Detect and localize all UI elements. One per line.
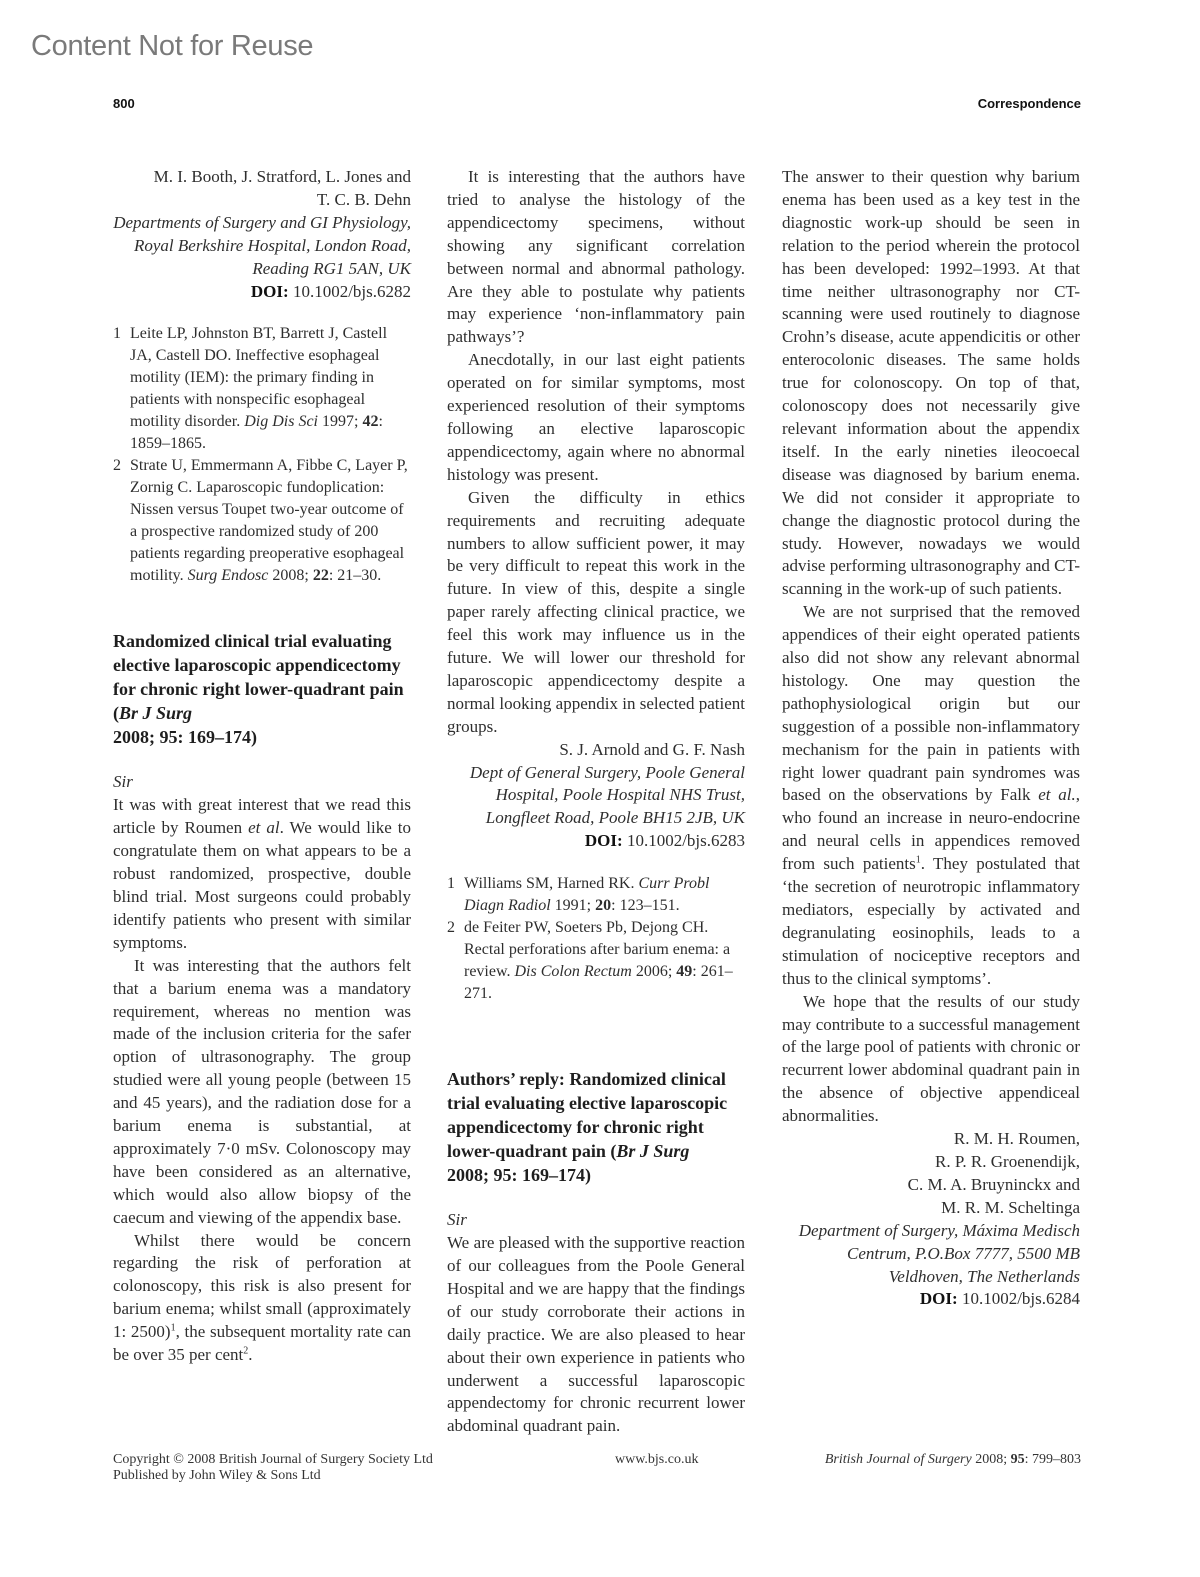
reference-list: 1Williams SM, Harned RK. Curr Probl Diag… xyxy=(447,873,745,1005)
column-3: The answer to their question why barium … xyxy=(782,166,1080,1311)
author: M. R. M. Scheltinga xyxy=(782,1197,1080,1220)
salutation: Sir xyxy=(447,1209,745,1232)
authors: S. J. Arnold and G. F. Nash xyxy=(447,739,745,762)
section-title: Correspondence xyxy=(978,96,1081,111)
footer-url[interactable]: www.bjs.co.uk xyxy=(615,1452,698,1468)
author: R. P. R. Groenendijk, xyxy=(782,1151,1080,1174)
reference: 2de Feiter PW, Soeters Pb, Dejong CH. Re… xyxy=(447,917,745,1005)
authors: T. C. B. Dehn xyxy=(113,189,411,212)
reference: 2Strate U, Emmermann A, Fibbe C, Layer P… xyxy=(113,455,411,587)
author: C. M. A. Bruyninckx and xyxy=(782,1174,1080,1197)
reference: 1Leite LP, Johnston BT, Barrett J, Caste… xyxy=(113,323,411,455)
doi: DOI: 10.1002/bjs.6283 xyxy=(447,830,745,853)
column-2: It is interesting that the authors have … xyxy=(447,166,745,1438)
paragraph: Whilst there would be concern regarding … xyxy=(113,1230,411,1367)
author: R. M. H. Roumen, xyxy=(782,1128,1080,1151)
letter-title: Randomized clinical trial evaluating ele… xyxy=(113,629,411,749)
page-number: 800 xyxy=(113,96,135,111)
paragraph: It is interesting that the authors have … xyxy=(447,166,745,349)
doi: DOI: 10.1002/bjs.6284 xyxy=(782,1288,1080,1311)
paragraph: It was with great interest that we read … xyxy=(113,794,411,954)
paragraph: We hope that the results of our study ma… xyxy=(782,991,1080,1128)
footer-citation: British Journal of Surgery 2008; 95: 799… xyxy=(825,1452,1081,1468)
column-1: M. I. Booth, J. Stratford, L. Jones and … xyxy=(113,166,411,1367)
paragraph: Anecdotally, in our last eight patients … xyxy=(447,349,745,486)
footer-copyright: Copyright © 2008 British Journal of Surg… xyxy=(113,1452,433,1484)
reply-title: Authors’ reply: Randomized clinical tria… xyxy=(447,1067,745,1187)
affiliation: Dept of General Surgery, Poole General H… xyxy=(447,762,745,831)
paragraph: We are pleased with the supportive react… xyxy=(447,1232,745,1438)
paragraph: The answer to their question why barium … xyxy=(782,166,1080,601)
doi: DOI: 10.1002/bjs.6282 xyxy=(113,281,411,304)
reference: 1Williams SM, Harned RK. Curr Probl Diag… xyxy=(447,873,745,917)
paragraph: Given the difficulty in ethics requireme… xyxy=(447,487,745,739)
affiliation: Department of Surgery, Máxima Medisch Ce… xyxy=(782,1220,1080,1289)
signature-block: R. M. H. Roumen, R. P. R. Groenendijk, C… xyxy=(782,1128,1080,1220)
reference-list: 1Leite LP, Johnston BT, Barrett J, Caste… xyxy=(113,323,411,587)
authors: M. I. Booth, J. Stratford, L. Jones and xyxy=(113,166,411,189)
salutation: Sir xyxy=(113,771,411,794)
watermark: Content Not for Reuse xyxy=(31,30,313,63)
paragraph: We are not surprised that the removed ap… xyxy=(782,601,1080,990)
signature-block: M. I. Booth, J. Stratford, L. Jones and … xyxy=(113,166,411,212)
paragraph: It was interesting that the authors felt… xyxy=(113,955,411,1230)
affiliation: Departments of Surgery and GI Physiology… xyxy=(113,212,411,281)
